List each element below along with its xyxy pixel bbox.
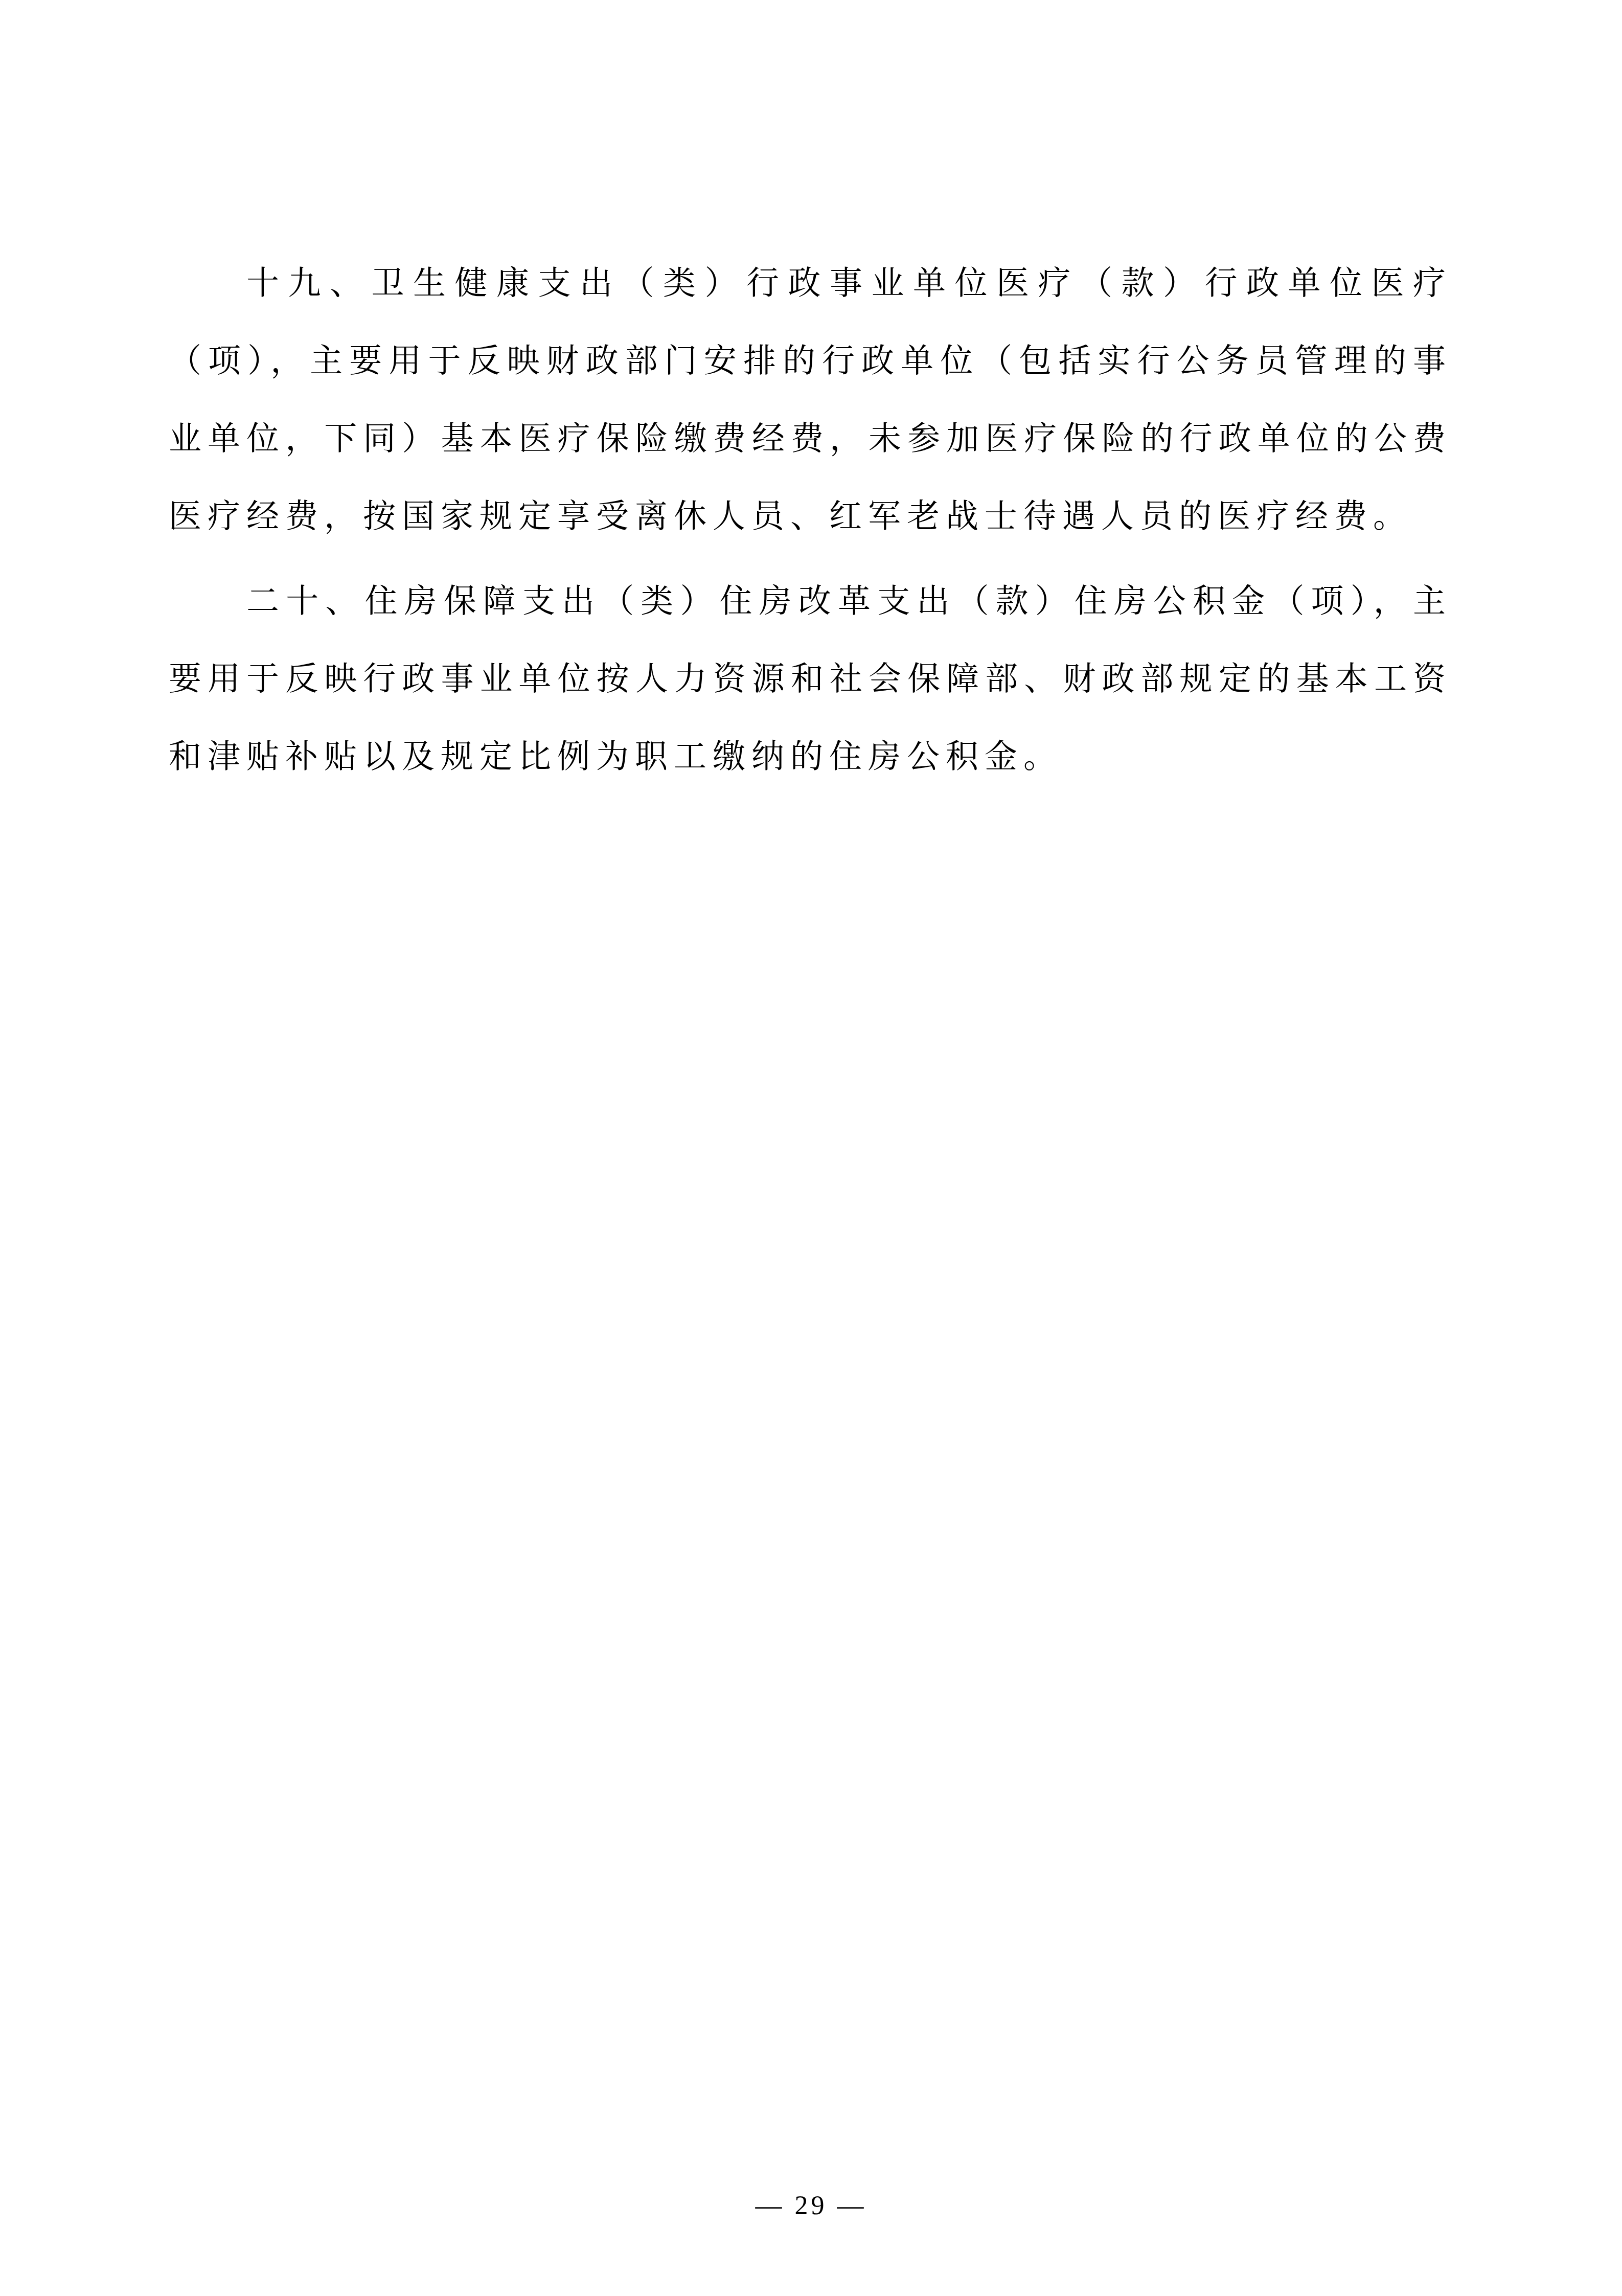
- document-page: 十九、卫生健康支出（类）行政事业单位医疗（款）行政单位医疗（项），主要用于反映财…: [0, 0, 1622, 2296]
- clause-19: 十九、卫生健康支出（类）行政事业单位医疗（款）行政单位医疗（项），主要用于反映财…: [169, 244, 1452, 555]
- page-footer: — 29 —: [0, 2187, 1622, 2225]
- text-line: 和津贴补贴以及规定比例为职工缴纳的住房公积金。: [169, 718, 1452, 795]
- page-number: — 29 —: [756, 2191, 867, 2220]
- document-body: 十九、卫生健康支出（类）行政事业单位医疗（款）行政单位医疗（项），主要用于反映财…: [169, 244, 1452, 795]
- text-line: 医疗经费，按国家规定享受离休人员、红军老战士待遇人员的医疗经费。: [169, 478, 1452, 555]
- text-line: 要用于反映行政事业单位按人力资源和社会保障部、财政部规定的基本工资: [169, 640, 1452, 718]
- text-line: 业单位，下同）基本医疗保险缴费经费，未参加医疗保险的行政单位的公费: [169, 400, 1452, 478]
- text-line: 十九、卫生健康支出（类）行政事业单位医疗（款）行政单位医疗: [169, 244, 1452, 322]
- text-line: 二十、住房保障支出（类）住房改革支出（款）住房公积金（项），主: [169, 562, 1452, 640]
- clause-20: 二十、住房保障支出（类）住房改革支出（款）住房公积金（项），主要用于反映行政事业…: [169, 562, 1452, 795]
- text-line: （项），主要用于反映财政部门安排的行政单位（包括实行公务员管理的事: [169, 322, 1452, 400]
